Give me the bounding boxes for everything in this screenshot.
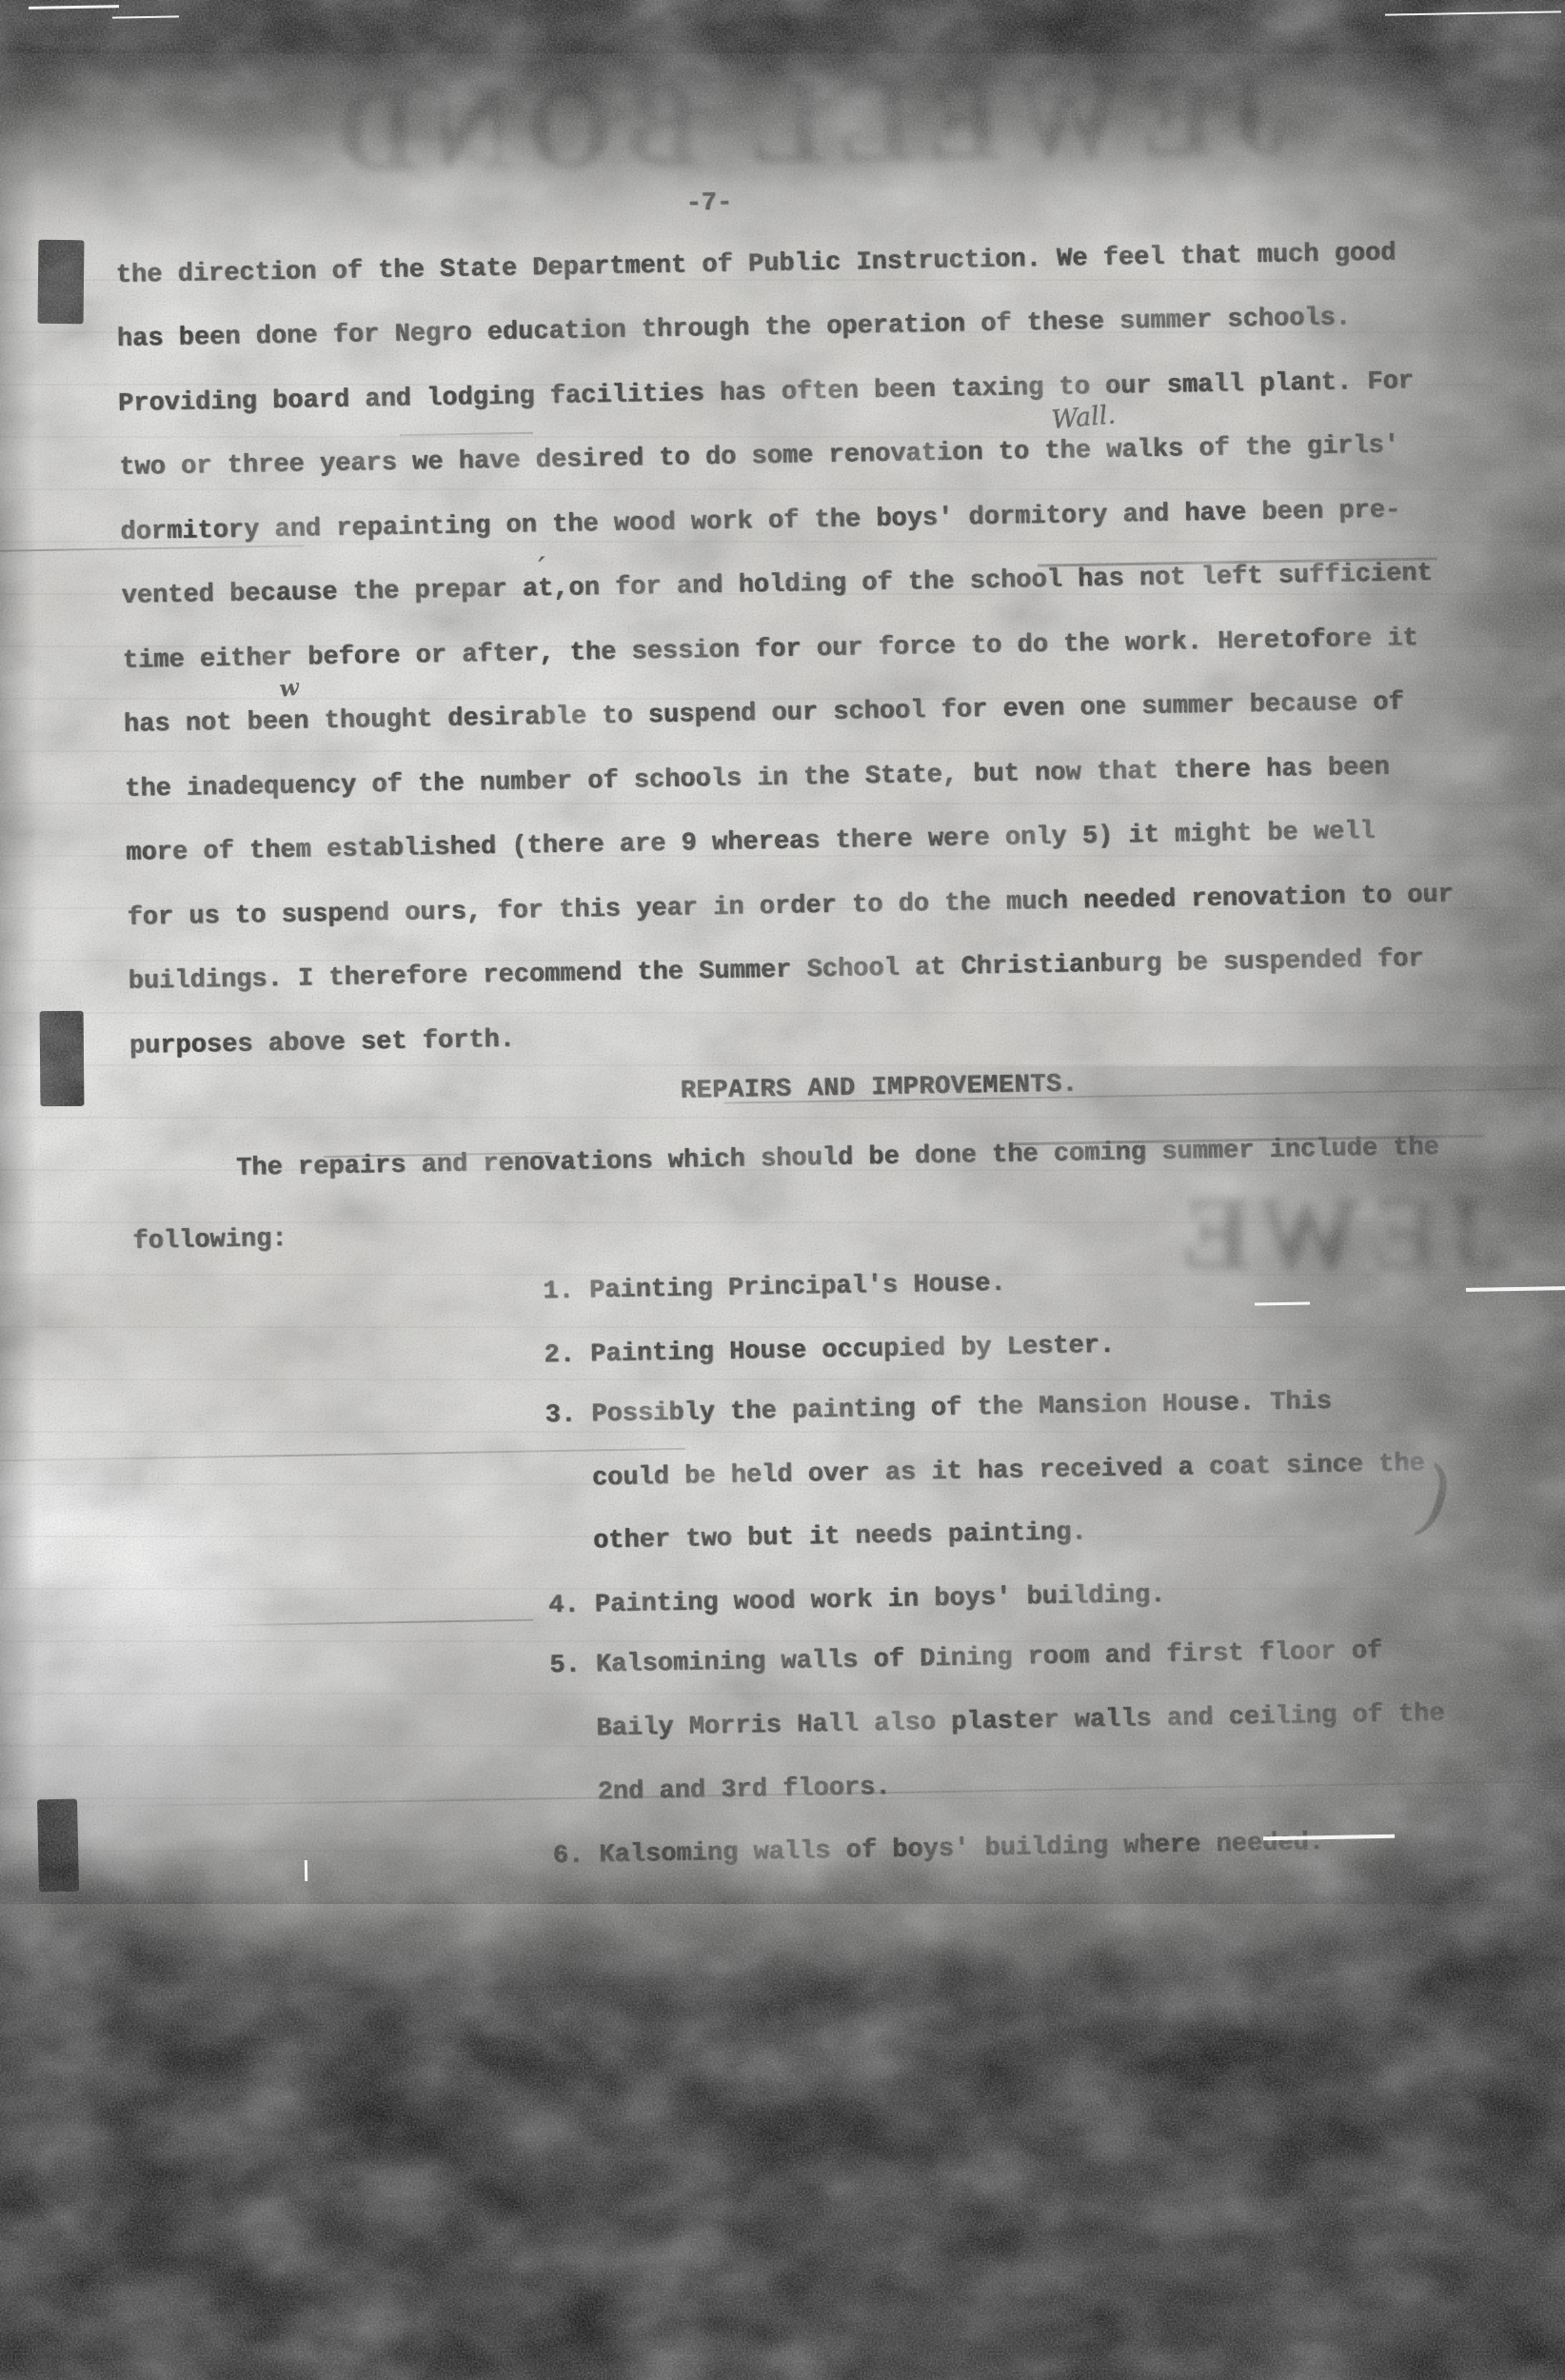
white-scratch <box>305 1860 307 1881</box>
typed-line: purposes above set forth. <box>129 1026 516 1061</box>
redaction-bar <box>40 1011 85 1106</box>
typed-line: the inadequency of the number of schools… <box>125 754 1390 804</box>
typed-line: has been done for Negro education throug… <box>117 304 1352 354</box>
typed-line: two or three years we have desired to do… <box>119 431 1399 482</box>
typed-line: Providing board and lodging facilities h… <box>118 367 1414 419</box>
handwritten-check-mark: w <box>278 673 301 703</box>
handwritten-caret-mark: ′ <box>538 551 546 585</box>
scanned-document-page: JEWELL BOND JEWE -7- the direction of th… <box>0 0 1565 2380</box>
film-border-bottom <box>0 1837 1565 2380</box>
typed-line: more of them established (there are 9 wh… <box>126 818 1376 868</box>
typed-line: dormitory and repainting on the wood wor… <box>120 496 1400 546</box>
redaction-bar <box>38 240 85 324</box>
redaction-bar <box>37 1799 79 1893</box>
typed-line: has not been thought desirable to suspen… <box>124 688 1404 739</box>
typed-line: vented because the prepar at,on for and … <box>121 560 1433 611</box>
typed-line: time either before or after, the session… <box>123 625 1418 676</box>
typed-line: following: <box>132 1225 287 1257</box>
typed-line: buildings. I therefore recommend the Sum… <box>129 945 1424 997</box>
handwritten-wall-annotation: Wall. <box>1050 400 1117 435</box>
